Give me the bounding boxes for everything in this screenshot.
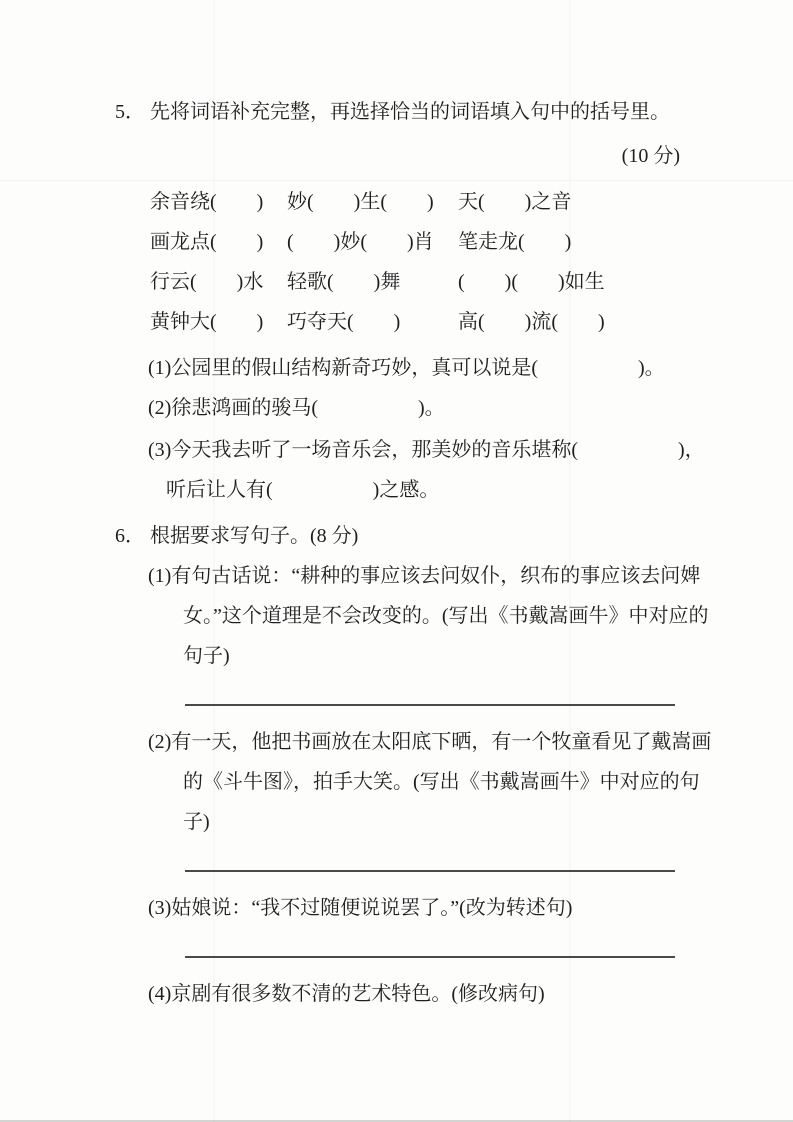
word-blank: 轻歌( )舞 [287, 262, 458, 302]
question-6-header: 6． 根据要求写句子。(8 分) [115, 516, 680, 556]
q6-item-3-line: (3)姑娘说：“我不过随便说说罢了。”(改为转述句) [115, 888, 680, 928]
question-6-number: 6． [115, 516, 150, 556]
answer-blank-line [185, 928, 675, 958]
word-blank: 画龙点( ) [150, 222, 287, 262]
word-blank: 巧夺天( ) [287, 302, 458, 342]
question-5-number: 5． [115, 92, 150, 132]
question-5-header: 5． 先将词语补充完整，再选择恰当的词语填入句中的括号里。 [115, 92, 680, 132]
q6-item-4-line: (4)京剧有很多数不清的艺术特色。(修改病句) [115, 974, 680, 1014]
question-5-score: (10 分) [115, 136, 680, 176]
word-blank: ( )( )如生 [458, 262, 680, 302]
question-5-prompt: 先将词语补充完整，再选择恰当的词语填入句中的括号里。 [150, 92, 670, 132]
word-completion-grid: 余音绕( ) 妙( )生( ) 天( )之音 画龙点( ) ( )妙( )肖 笔… [115, 182, 680, 342]
word-blank: 行云( )水 [150, 262, 287, 302]
word-blank: 高( )流( ) [458, 302, 680, 342]
q5-fill-item-3: (3)今天我去听了一场音乐会，那美妙的音乐堪称( )， [115, 430, 680, 470]
word-blank: 妙( )生( ) [287, 182, 458, 222]
q6-item-1-line: 句子) [115, 636, 680, 676]
answer-blank-line [185, 676, 675, 706]
word-blank: 黄钟大( ) [150, 302, 287, 342]
worksheet-content: 5． 先将词语补充完整，再选择恰当的词语填入句中的括号里。 (10 分) 余音绕… [115, 92, 680, 1014]
q5-fill-item-1: (1)公园里的假山结构新奇巧妙，真可以说是( )。 [115, 348, 680, 388]
q5-fill-item-2: (2)徐悲鸿画的骏马( )。 [115, 388, 680, 428]
answer-blank-line [185, 842, 675, 872]
q6-item-1-line: 女。”这个道理是不会改变的。(写出《书戴嵩画牛》中对应的 [115, 596, 680, 636]
word-blank: 笔走龙( ) [458, 222, 680, 262]
q6-item-2-line: (2)有一天，他把书画放在太阳底下晒，有一个牧童看见了戴嵩画 [115, 722, 680, 762]
q5-fill-item-3-continuation: 听后让人有( )之感。 [115, 470, 680, 510]
question-6-prompt: 根据要求写句子。(8 分) [150, 516, 358, 556]
q6-item-2-line: 子) [115, 802, 680, 842]
worksheet-page: 5． 先将词语补充完整，再选择恰当的词语填入句中的括号里。 (10 分) 余音绕… [0, 0, 793, 1122]
word-blank: ( )妙( )肖 [287, 222, 458, 262]
q6-item-2-line: 的《斗牛图》，拍手大笑。(写出《书戴嵩画牛》中对应的句 [115, 762, 680, 802]
q6-item-1-line: (1)有句古话说：“耕种的事应该去问奴仆，织布的事应该去问婢 [115, 556, 680, 596]
word-blank: 余音绕( ) [150, 182, 287, 222]
word-blank: 天( )之音 [458, 182, 680, 222]
